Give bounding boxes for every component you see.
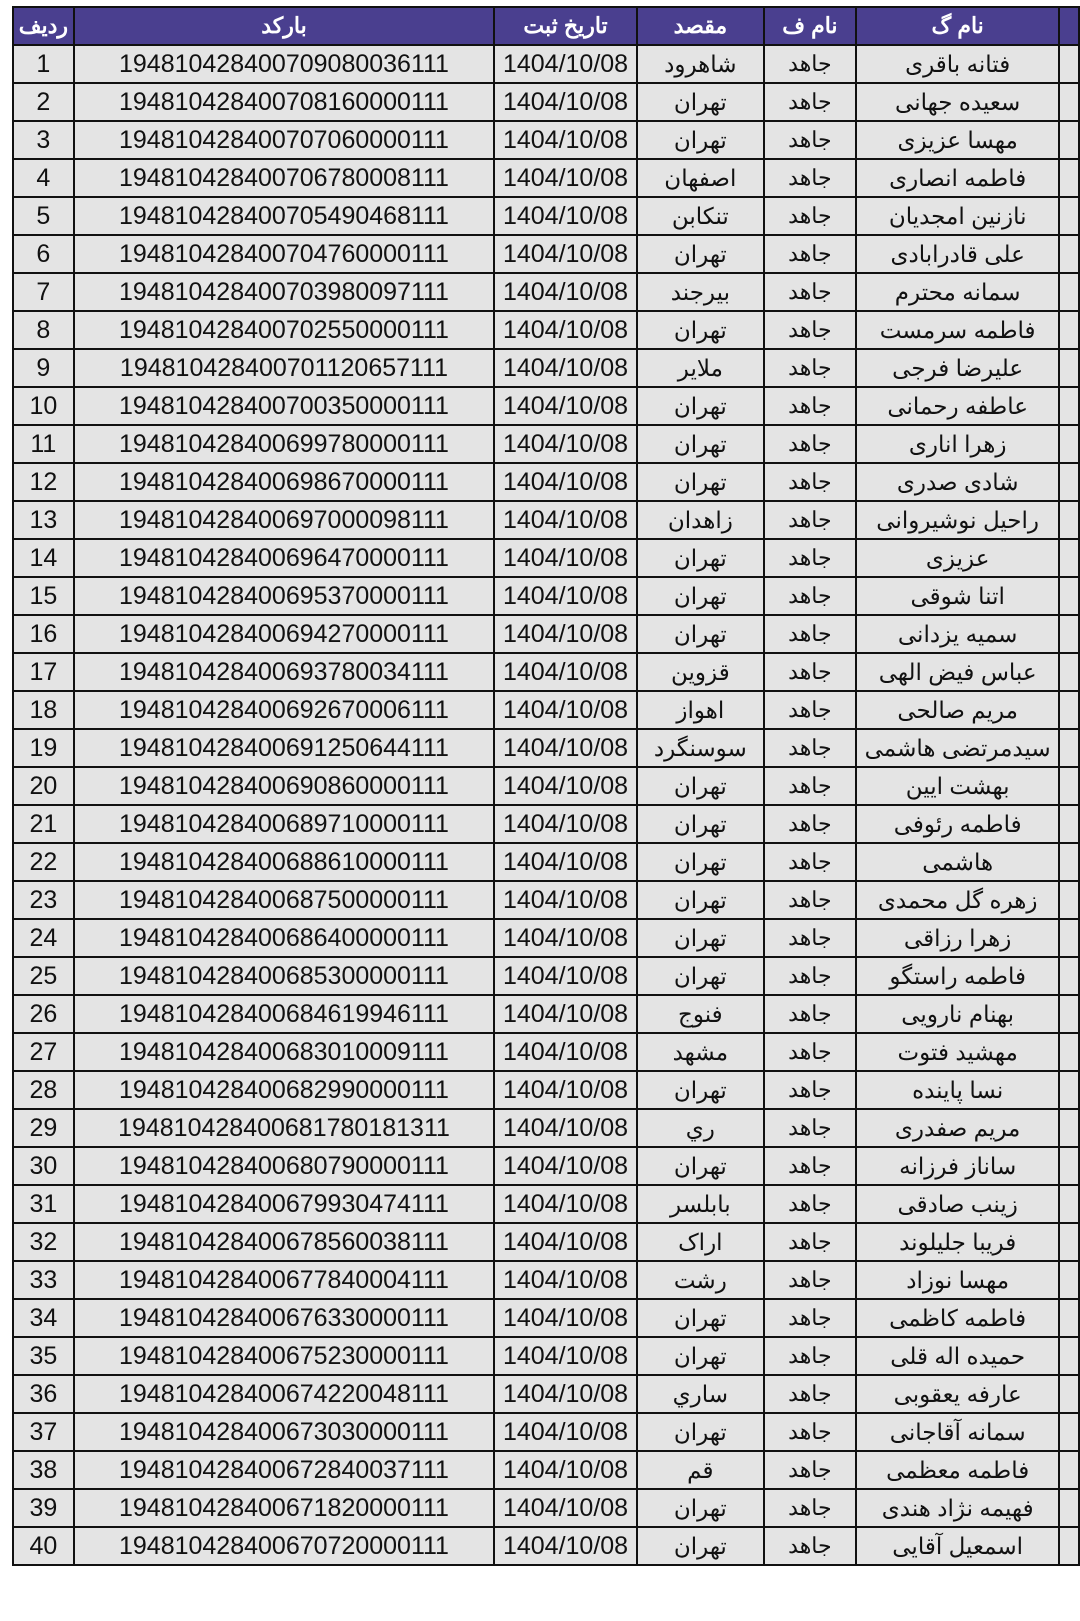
table-row: 21948104284007081600001111404/10/08تهران… [13, 83, 1079, 121]
barcode-cell[interactable]: 194810428400692670006111 [74, 691, 495, 729]
destination-cell[interactable]: ساري [637, 1375, 764, 1413]
table-row: 241948104284006864000001111404/10/08تهرا… [13, 919, 1079, 957]
last-name-cell[interactable]: فاطمه راستگو [856, 957, 1060, 995]
table-row: 171948104284006937800341111404/10/08قزوی… [13, 653, 1079, 691]
date-cell[interactable]: 1404/10/08 [494, 1337, 637, 1375]
date-cell[interactable]: 1404/10/08 [494, 463, 637, 501]
row-index[interactable]: 14 [13, 539, 74, 577]
last-name-cell[interactable]: سیدمرتضی هاشمی [856, 729, 1060, 767]
destination-cell[interactable]: تهران [637, 311, 764, 349]
date-cell[interactable]: 1404/10/08 [494, 121, 637, 159]
last-name-cell[interactable]: شادی صدری [856, 463, 1060, 501]
first-name-cell[interactable]: جاهد [764, 349, 856, 387]
barcode-cell[interactable]: 194810428400696470000111 [74, 539, 495, 577]
last-name-cell[interactable]: سمیه یزدانی [856, 615, 1060, 653]
first-name-cell[interactable]: جاهد [764, 1527, 856, 1565]
last-name-cell[interactable]: زهره گل محمدی [856, 881, 1060, 919]
last-name-cell[interactable]: مریم صفدری [856, 1109, 1060, 1147]
last-name-cell[interactable]: زهرا رزاقی [856, 919, 1060, 957]
destination-cell[interactable]: رشت [637, 1261, 764, 1299]
date-cell[interactable]: 1404/10/08 [494, 1489, 637, 1527]
header-date[interactable]: تاریخ ثبت [494, 7, 637, 45]
barcode-cell[interactable]: 194810428400701120657111 [74, 349, 495, 387]
row-index[interactable]: 22 [13, 843, 74, 881]
first-name-cell[interactable]: جاهد [764, 1223, 856, 1261]
table-row: 331948104284006778400041111404/10/08رشتج… [13, 1261, 1079, 1299]
extra-cell [1059, 1223, 1079, 1261]
first-name-cell[interactable]: جاهد [764, 501, 856, 539]
last-name-cell[interactable]: نازنین امجدیان [856, 197, 1060, 235]
first-name-cell[interactable]: جاهد [764, 1261, 856, 1299]
barcode-cell[interactable]: 194810428400678560038111 [74, 1223, 495, 1261]
last-name-cell[interactable]: فاطمه رئوفی [856, 805, 1060, 843]
date-cell[interactable]: 1404/10/08 [494, 1413, 637, 1451]
destination-cell[interactable]: تهران [637, 767, 764, 805]
first-name-cell[interactable]: جاهد [764, 387, 856, 425]
row-index[interactable]: 13 [13, 501, 74, 539]
destination-cell[interactable]: اراک [637, 1223, 764, 1261]
last-name-cell[interactable]: فریبا جلیلوند [856, 1223, 1060, 1261]
row-index[interactable]: 34 [13, 1299, 74, 1337]
barcode-cell[interactable]: 194810428400685300000111 [74, 957, 495, 995]
extra-cell [1059, 577, 1079, 615]
row-index[interactable]: 36 [13, 1375, 74, 1413]
first-name-cell[interactable]: جاهد [764, 1147, 856, 1185]
extra-cell [1059, 881, 1079, 919]
table-row: 181948104284006926700061111404/10/08اهوا… [13, 691, 1079, 729]
first-name-cell[interactable]: جاهد [764, 121, 856, 159]
last-name-cell[interactable]: عاطفه رحمانی [856, 387, 1060, 425]
table-row: 31948104284007070600001111404/10/08تهران… [13, 121, 1079, 159]
destination-cell[interactable]: زاهدان [637, 501, 764, 539]
row-index[interactable]: 6 [13, 235, 74, 273]
table-row: 301948104284006807900001111404/10/08تهرا… [13, 1147, 1079, 1185]
extra-cell [1059, 311, 1079, 349]
extra-cell [1059, 539, 1079, 577]
extra-cell [1059, 1147, 1079, 1185]
date-cell[interactable]: 1404/10/08 [494, 83, 637, 121]
destination-cell[interactable]: تهران [637, 919, 764, 957]
row-index[interactable]: 12 [13, 463, 74, 501]
date-cell[interactable]: 1404/10/08 [494, 615, 637, 653]
header-destination[interactable]: مقصد [637, 7, 764, 45]
first-name-cell[interactable]: جاهد [764, 653, 856, 691]
row-index[interactable]: 9 [13, 349, 74, 387]
destination-cell[interactable]: اهواز [637, 691, 764, 729]
destination-cell[interactable]: بیرجند [637, 273, 764, 311]
row-index[interactable]: 32 [13, 1223, 74, 1261]
last-name-cell[interactable]: سعیده جهانی [856, 83, 1060, 121]
row-index[interactable]: 16 [13, 615, 74, 653]
destination-cell[interactable]: تهران [637, 1147, 764, 1185]
barcode-cell[interactable]: 194810428400688610000111 [74, 843, 495, 881]
row-index[interactable]: 17 [13, 653, 74, 691]
first-name-cell[interactable]: جاهد [764, 83, 856, 121]
first-name-cell[interactable]: جاهد [764, 919, 856, 957]
last-name-cell[interactable]: حمیده اله قلی [856, 1337, 1060, 1375]
date-cell[interactable]: 1404/10/08 [494, 425, 637, 463]
barcode-cell[interactable]: 194810428400681780181311 [74, 1109, 495, 1147]
first-name-cell[interactable]: جاهد [764, 159, 856, 197]
destination-cell[interactable]: تهران [637, 1299, 764, 1337]
barcode-cell[interactable]: 194810428400675230000111 [74, 1337, 495, 1375]
extra-cell [1059, 843, 1079, 881]
last-name-cell[interactable]: مریم صالحی [856, 691, 1060, 729]
barcode-cell[interactable]: 194810428400702550000111 [74, 311, 495, 349]
destination-cell[interactable]: شاهرود [637, 45, 764, 83]
header-index[interactable]: ردیف [13, 7, 74, 45]
last-name-cell[interactable]: راحیل نوشیروانی [856, 501, 1060, 539]
extra-cell [1059, 1451, 1079, 1489]
last-name-cell[interactable]: اتنا شوقی [856, 577, 1060, 615]
date-cell[interactable]: 1404/10/08 [494, 881, 637, 919]
barcode-cell[interactable]: 194810428400705490468111 [74, 197, 495, 235]
row-index[interactable]: 29 [13, 1109, 74, 1147]
last-name-cell[interactable]: اسمعیل آقایی [856, 1527, 1060, 1565]
barcode-cell[interactable]: 194810428400700350000111 [74, 387, 495, 425]
last-name-cell[interactable]: مهشید فتوت [856, 1033, 1060, 1071]
extra-cell [1059, 729, 1079, 767]
date-cell[interactable]: 1404/10/08 [494, 1261, 637, 1299]
first-name-cell[interactable]: جاهد [764, 1489, 856, 1527]
date-cell[interactable]: 1404/10/08 [494, 387, 637, 425]
date-cell[interactable]: 1404/10/08 [494, 1223, 637, 1261]
header-first-name[interactable]: نام ف [764, 7, 856, 45]
date-cell[interactable]: 1404/10/08 [494, 691, 637, 729]
destination-cell[interactable]: فنوج [637, 995, 764, 1033]
destination-cell[interactable]: تنکابن [637, 197, 764, 235]
extra-cell [1059, 1033, 1079, 1071]
date-cell[interactable]: 1404/10/08 [494, 995, 637, 1033]
table-row: 91948104284007011206571111404/10/08ملایر… [13, 349, 1079, 387]
barcode-cell[interactable]: 194810428400704760000111 [74, 235, 495, 273]
destination-cell[interactable]: ري [637, 1109, 764, 1147]
date-cell[interactable]: 1404/10/08 [494, 539, 637, 577]
table-row: 61948104284007047600001111404/10/08تهران… [13, 235, 1079, 273]
last-name-cell[interactable]: علیرضا فرجی [856, 349, 1060, 387]
date-cell[interactable]: 1404/10/08 [494, 843, 637, 881]
date-cell[interactable]: 1404/10/08 [494, 805, 637, 843]
last-name-cell[interactable]: علی قادرابادی [856, 235, 1060, 273]
row-index[interactable]: 10 [13, 387, 74, 425]
date-cell[interactable]: 1404/10/08 [494, 1299, 637, 1337]
row-index[interactable]: 21 [13, 805, 74, 843]
extra-cell [1059, 1109, 1079, 1147]
date-cell[interactable]: 1404/10/08 [494, 1451, 637, 1489]
first-name-cell[interactable]: جاهد [764, 1413, 856, 1451]
destination-cell[interactable]: سوسنگرد [637, 729, 764, 767]
row-index[interactable]: 2 [13, 83, 74, 121]
table-row: 311948104284006799304741111404/10/08بابل… [13, 1185, 1079, 1223]
table-row: 231948104284006875000001111404/10/08تهرا… [13, 881, 1079, 919]
table-row: 101948104284007003500001111404/10/08تهرا… [13, 387, 1079, 425]
extra-cell [1059, 235, 1079, 273]
destination-cell[interactable]: اصفهان [637, 159, 764, 197]
first-name-cell[interactable]: جاهد [764, 1451, 856, 1489]
first-name-cell[interactable]: جاهد [764, 235, 856, 273]
row-index[interactable]: 19 [13, 729, 74, 767]
first-name-cell[interactable]: جاهد [764, 577, 856, 615]
first-name-cell[interactable]: جاهد [764, 539, 856, 577]
date-cell[interactable]: 1404/10/08 [494, 159, 637, 197]
first-name-cell[interactable]: جاهد [764, 1299, 856, 1337]
date-cell[interactable]: 1404/10/08 [494, 501, 637, 539]
row-index[interactable]: 35 [13, 1337, 74, 1375]
extra-cell [1059, 1071, 1079, 1109]
destination-cell[interactable]: تهران [637, 843, 764, 881]
destination-cell[interactable]: مشهد [637, 1033, 764, 1071]
row-index[interactable]: 25 [13, 957, 74, 995]
date-cell[interactable]: 1404/10/08 [494, 767, 637, 805]
extra-cell [1059, 197, 1079, 235]
date-cell[interactable]: 1404/10/08 [494, 1109, 637, 1147]
last-name-cell[interactable]: ساناز فرزانه [856, 1147, 1060, 1185]
last-name-cell[interactable]: زهرا اناری [856, 425, 1060, 463]
date-cell[interactable]: 1404/10/08 [494, 919, 637, 957]
barcode-cell[interactable]: 194810428400694270000111 [74, 615, 495, 653]
row-index[interactable]: 24 [13, 919, 74, 957]
destination-cell[interactable]: تهران [637, 463, 764, 501]
last-name-cell[interactable]: فاطمه انصاری [856, 159, 1060, 197]
first-name-cell[interactable]: جاهد [764, 995, 856, 1033]
extra-cell [1059, 349, 1079, 387]
row-index[interactable]: 39 [13, 1489, 74, 1527]
row-index[interactable]: 26 [13, 995, 74, 1033]
first-name-cell[interactable]: جاهد [764, 197, 856, 235]
row-index[interactable]: 33 [13, 1261, 74, 1299]
barcode-cell[interactable]: 194810428400707060000111 [74, 121, 495, 159]
barcode-cell[interactable]: 194810428400699780000111 [74, 425, 495, 463]
table-row: 131948104284006970000981111404/10/08زاهد… [13, 501, 1079, 539]
row-index[interactable]: 28 [13, 1071, 74, 1109]
row-index[interactable]: 4 [13, 159, 74, 197]
date-cell[interactable]: 1404/10/08 [494, 1185, 637, 1223]
extra-cell [1059, 1375, 1079, 1413]
destination-cell[interactable]: ملایر [637, 349, 764, 387]
date-cell[interactable]: 1404/10/08 [494, 349, 637, 387]
destination-cell[interactable]: قزوین [637, 653, 764, 691]
barcode-cell[interactable]: 194810428400683010009111 [74, 1033, 495, 1071]
table-row: 201948104284006908600001111404/10/08تهرا… [13, 767, 1079, 805]
destination-cell[interactable]: تهران [637, 1527, 764, 1565]
first-name-cell[interactable]: جاهد [764, 273, 856, 311]
extra-cell [1059, 995, 1079, 1033]
row-index[interactable]: 20 [13, 767, 74, 805]
date-cell[interactable]: 1404/10/08 [494, 957, 637, 995]
extra-cell [1059, 1489, 1079, 1527]
barcode-cell[interactable]: 194810428400703980097111 [74, 273, 495, 311]
extra-cell [1059, 45, 1079, 83]
date-cell[interactable]: 1404/10/08 [494, 311, 637, 349]
last-name-cell[interactable]: بهنام نارویی [856, 995, 1060, 1033]
last-name-cell[interactable]: فتانه باقری [856, 45, 1060, 83]
last-name-cell[interactable]: سمانه محترم [856, 273, 1060, 311]
first-name-cell[interactable]: جاهد [764, 881, 856, 919]
destination-cell[interactable]: تهران [637, 121, 764, 159]
barcode-cell[interactable]: 194810428400690860000111 [74, 767, 495, 805]
table-row: 11948104284007090800361111404/10/08شاهرو… [13, 45, 1079, 83]
row-index[interactable]: 23 [13, 881, 74, 919]
header-last-name[interactable]: نام گ [856, 7, 1060, 45]
destination-cell[interactable]: تهران [637, 235, 764, 273]
row-index[interactable]: 31 [13, 1185, 74, 1223]
destination-cell[interactable]: تهران [637, 539, 764, 577]
date-cell[interactable]: 1404/10/08 [494, 273, 637, 311]
last-name-cell[interactable]: عباس فیض الهی [856, 653, 1060, 691]
date-cell[interactable]: 1404/10/08 [494, 729, 637, 767]
destination-cell[interactable]: تهران [637, 425, 764, 463]
first-name-cell[interactable]: جاهد [764, 843, 856, 881]
destination-cell[interactable]: تهران [637, 881, 764, 919]
row-index[interactable]: 1 [13, 45, 74, 83]
first-name-cell[interactable]: جاهد [764, 615, 856, 653]
first-name-cell[interactable]: جاهد [764, 767, 856, 805]
extra-cell [1059, 463, 1079, 501]
barcode-table: ردیف بارکد تاریخ ثبت مقصد نام ف نام گ 11… [12, 6, 1080, 1566]
last-name-cell[interactable]: فاطمه سرمست [856, 311, 1060, 349]
barcode-cell[interactable]: 194810428400695370000111 [74, 577, 495, 615]
table-row: 191948104284006912506441111404/10/08سوسن… [13, 729, 1079, 767]
row-index[interactable]: 8 [13, 311, 74, 349]
extra-cell [1059, 159, 1079, 197]
barcode-cell[interactable]: 194810428400689710000111 [74, 805, 495, 843]
extra-cell [1059, 1413, 1079, 1451]
first-name-cell[interactable]: جاهد [764, 1375, 856, 1413]
first-name-cell[interactable]: جاهد [764, 1337, 856, 1375]
destination-cell[interactable]: تهران [637, 1071, 764, 1109]
barcode-cell[interactable]: 194810428400682990000111 [74, 1071, 495, 1109]
first-name-cell[interactable]: جاهد [764, 1185, 856, 1223]
first-name-cell[interactable]: جاهد [764, 463, 856, 501]
last-name-cell[interactable]: بهشت ایین [856, 767, 1060, 805]
barcode-cell[interactable]: 194810428400674220048111 [74, 1375, 495, 1413]
last-name-cell[interactable]: نسا پاینده [856, 1071, 1060, 1109]
table-row: 361948104284006742200481111404/10/08ساري… [13, 1375, 1079, 1413]
barcode-cell[interactable]: 194810428400679930474111 [74, 1185, 495, 1223]
first-name-cell[interactable]: جاهد [764, 1109, 856, 1147]
row-index[interactable]: 40 [13, 1527, 74, 1565]
row-index[interactable]: 5 [13, 197, 74, 235]
date-cell[interactable]: 1404/10/08 [494, 1527, 637, 1565]
destination-cell[interactable]: تهران [637, 615, 764, 653]
table-row: 261948104284006846199461111404/10/08فنوج… [13, 995, 1079, 1033]
barcode-cell[interactable]: 194810428400706780008111 [74, 159, 495, 197]
table-row: 161948104284006942700001111404/10/08تهرا… [13, 615, 1079, 653]
destination-cell[interactable]: قم [637, 1451, 764, 1489]
barcode-cell[interactable]: 194810428400673030000111 [74, 1413, 495, 1451]
destination-cell[interactable]: تهران [637, 1489, 764, 1527]
row-index[interactable]: 15 [13, 577, 74, 615]
first-name-cell[interactable]: جاهد [764, 729, 856, 767]
table-row: 71948104284007039800971111404/10/08بیرجن… [13, 273, 1079, 311]
row-index[interactable]: 7 [13, 273, 74, 311]
barcode-cell[interactable]: 194810428400693780034111 [74, 653, 495, 691]
last-name-cell[interactable]: عزیزی [856, 539, 1060, 577]
last-name-cell[interactable]: زینب صادقی [856, 1185, 1060, 1223]
destination-cell[interactable]: تهران [637, 805, 764, 843]
date-cell[interactable]: 1404/10/08 [494, 577, 637, 615]
destination-cell[interactable]: تهران [637, 1413, 764, 1451]
barcode-cell[interactable]: 194810428400709080036111 [74, 45, 495, 83]
extra-cell [1059, 121, 1079, 159]
barcode-cell[interactable]: 194810428400670720000111 [74, 1527, 495, 1565]
barcode-cell[interactable]: 194810428400686400000111 [74, 919, 495, 957]
last-name-cell[interactable]: فاطمه کاظمی [856, 1299, 1060, 1337]
extra-cell [1059, 501, 1079, 539]
barcode-cell[interactable]: 194810428400684619946111 [74, 995, 495, 1033]
first-name-cell[interactable]: جاهد [764, 805, 856, 843]
destination-cell[interactable]: تهران [637, 83, 764, 121]
date-cell[interactable]: 1404/10/08 [494, 197, 637, 235]
last-name-cell[interactable]: سمانه آقاجانی [856, 1413, 1060, 1451]
last-name-cell[interactable]: فهیمه نژاد هندی [856, 1489, 1060, 1527]
extra-cell [1059, 615, 1079, 653]
barcode-cell[interactable]: 194810428400677840004111 [74, 1261, 495, 1299]
first-name-cell[interactable]: جاهد [764, 957, 856, 995]
first-name-cell[interactable]: جاهد [764, 1033, 856, 1071]
date-cell[interactable]: 1404/10/08 [494, 1071, 637, 1109]
date-cell[interactable]: 1404/10/08 [494, 235, 637, 273]
barcode-cell[interactable]: 194810428400687500000111 [74, 881, 495, 919]
table-row: 81948104284007025500001111404/10/08تهران… [13, 311, 1079, 349]
last-name-cell[interactable]: مهسا عزیزی [856, 121, 1060, 159]
barcode-cell[interactable]: 194810428400680790000111 [74, 1147, 495, 1185]
last-name-cell[interactable]: هاشمی [856, 843, 1060, 881]
destination-cell[interactable]: تهران [637, 387, 764, 425]
barcode-cell[interactable]: 194810428400676330000111 [74, 1299, 495, 1337]
destination-cell[interactable]: بابلسر [637, 1185, 764, 1223]
barcode-cell[interactable]: 194810428400708160000111 [74, 83, 495, 121]
last-name-cell[interactable]: عارفه یعقوبی [856, 1375, 1060, 1413]
table-row: 221948104284006886100001111404/10/08تهرا… [13, 843, 1079, 881]
first-name-cell[interactable]: جاهد [764, 311, 856, 349]
last-name-cell[interactable]: فاطمه معظمی [856, 1451, 1060, 1489]
first-name-cell[interactable]: جاهد [764, 691, 856, 729]
row-index[interactable]: 37 [13, 1413, 74, 1451]
date-cell[interactable]: 1404/10/08 [494, 1375, 637, 1413]
date-cell[interactable]: 1404/10/08 [494, 653, 637, 691]
extra-cell [1059, 805, 1079, 843]
destination-cell[interactable]: تهران [637, 577, 764, 615]
row-index[interactable]: 18 [13, 691, 74, 729]
last-name-cell[interactable]: مهسا نوزاد [856, 1261, 1060, 1299]
row-index[interactable]: 30 [13, 1147, 74, 1185]
first-name-cell[interactable]: جاهد [764, 425, 856, 463]
date-cell[interactable]: 1404/10/08 [494, 1033, 637, 1071]
barcode-cell[interactable]: 194810428400671820000111 [74, 1489, 495, 1527]
extra-cell [1059, 387, 1079, 425]
barcode-cell[interactable]: 194810428400672840037111 [74, 1451, 495, 1489]
row-index[interactable]: 11 [13, 425, 74, 463]
destination-cell[interactable]: تهران [637, 957, 764, 995]
barcode-cell[interactable]: 194810428400697000098111 [74, 501, 495, 539]
destination-cell[interactable]: تهران [637, 1337, 764, 1375]
date-cell[interactable]: 1404/10/08 [494, 1147, 637, 1185]
barcode-cell[interactable]: 194810428400698670000111 [74, 463, 495, 501]
table-row: 291948104284006817801813111404/10/08ريجا… [13, 1109, 1079, 1147]
first-name-cell[interactable]: جاهد [764, 1071, 856, 1109]
barcode-cell[interactable]: 194810428400691250644111 [74, 729, 495, 767]
header-barcode[interactable]: بارکد [74, 7, 495, 45]
header-row: ردیف بارکد تاریخ ثبت مقصد نام ف نام گ [13, 7, 1079, 45]
row-index[interactable]: 3 [13, 121, 74, 159]
table-row: 271948104284006830100091111404/10/08مشهد… [13, 1033, 1079, 1071]
date-cell[interactable]: 1404/10/08 [494, 45, 637, 83]
row-index[interactable]: 27 [13, 1033, 74, 1071]
first-name-cell[interactable]: جاهد [764, 45, 856, 83]
table-row: 341948104284006763300001111404/10/08تهرا… [13, 1299, 1079, 1337]
row-index[interactable]: 38 [13, 1451, 74, 1489]
